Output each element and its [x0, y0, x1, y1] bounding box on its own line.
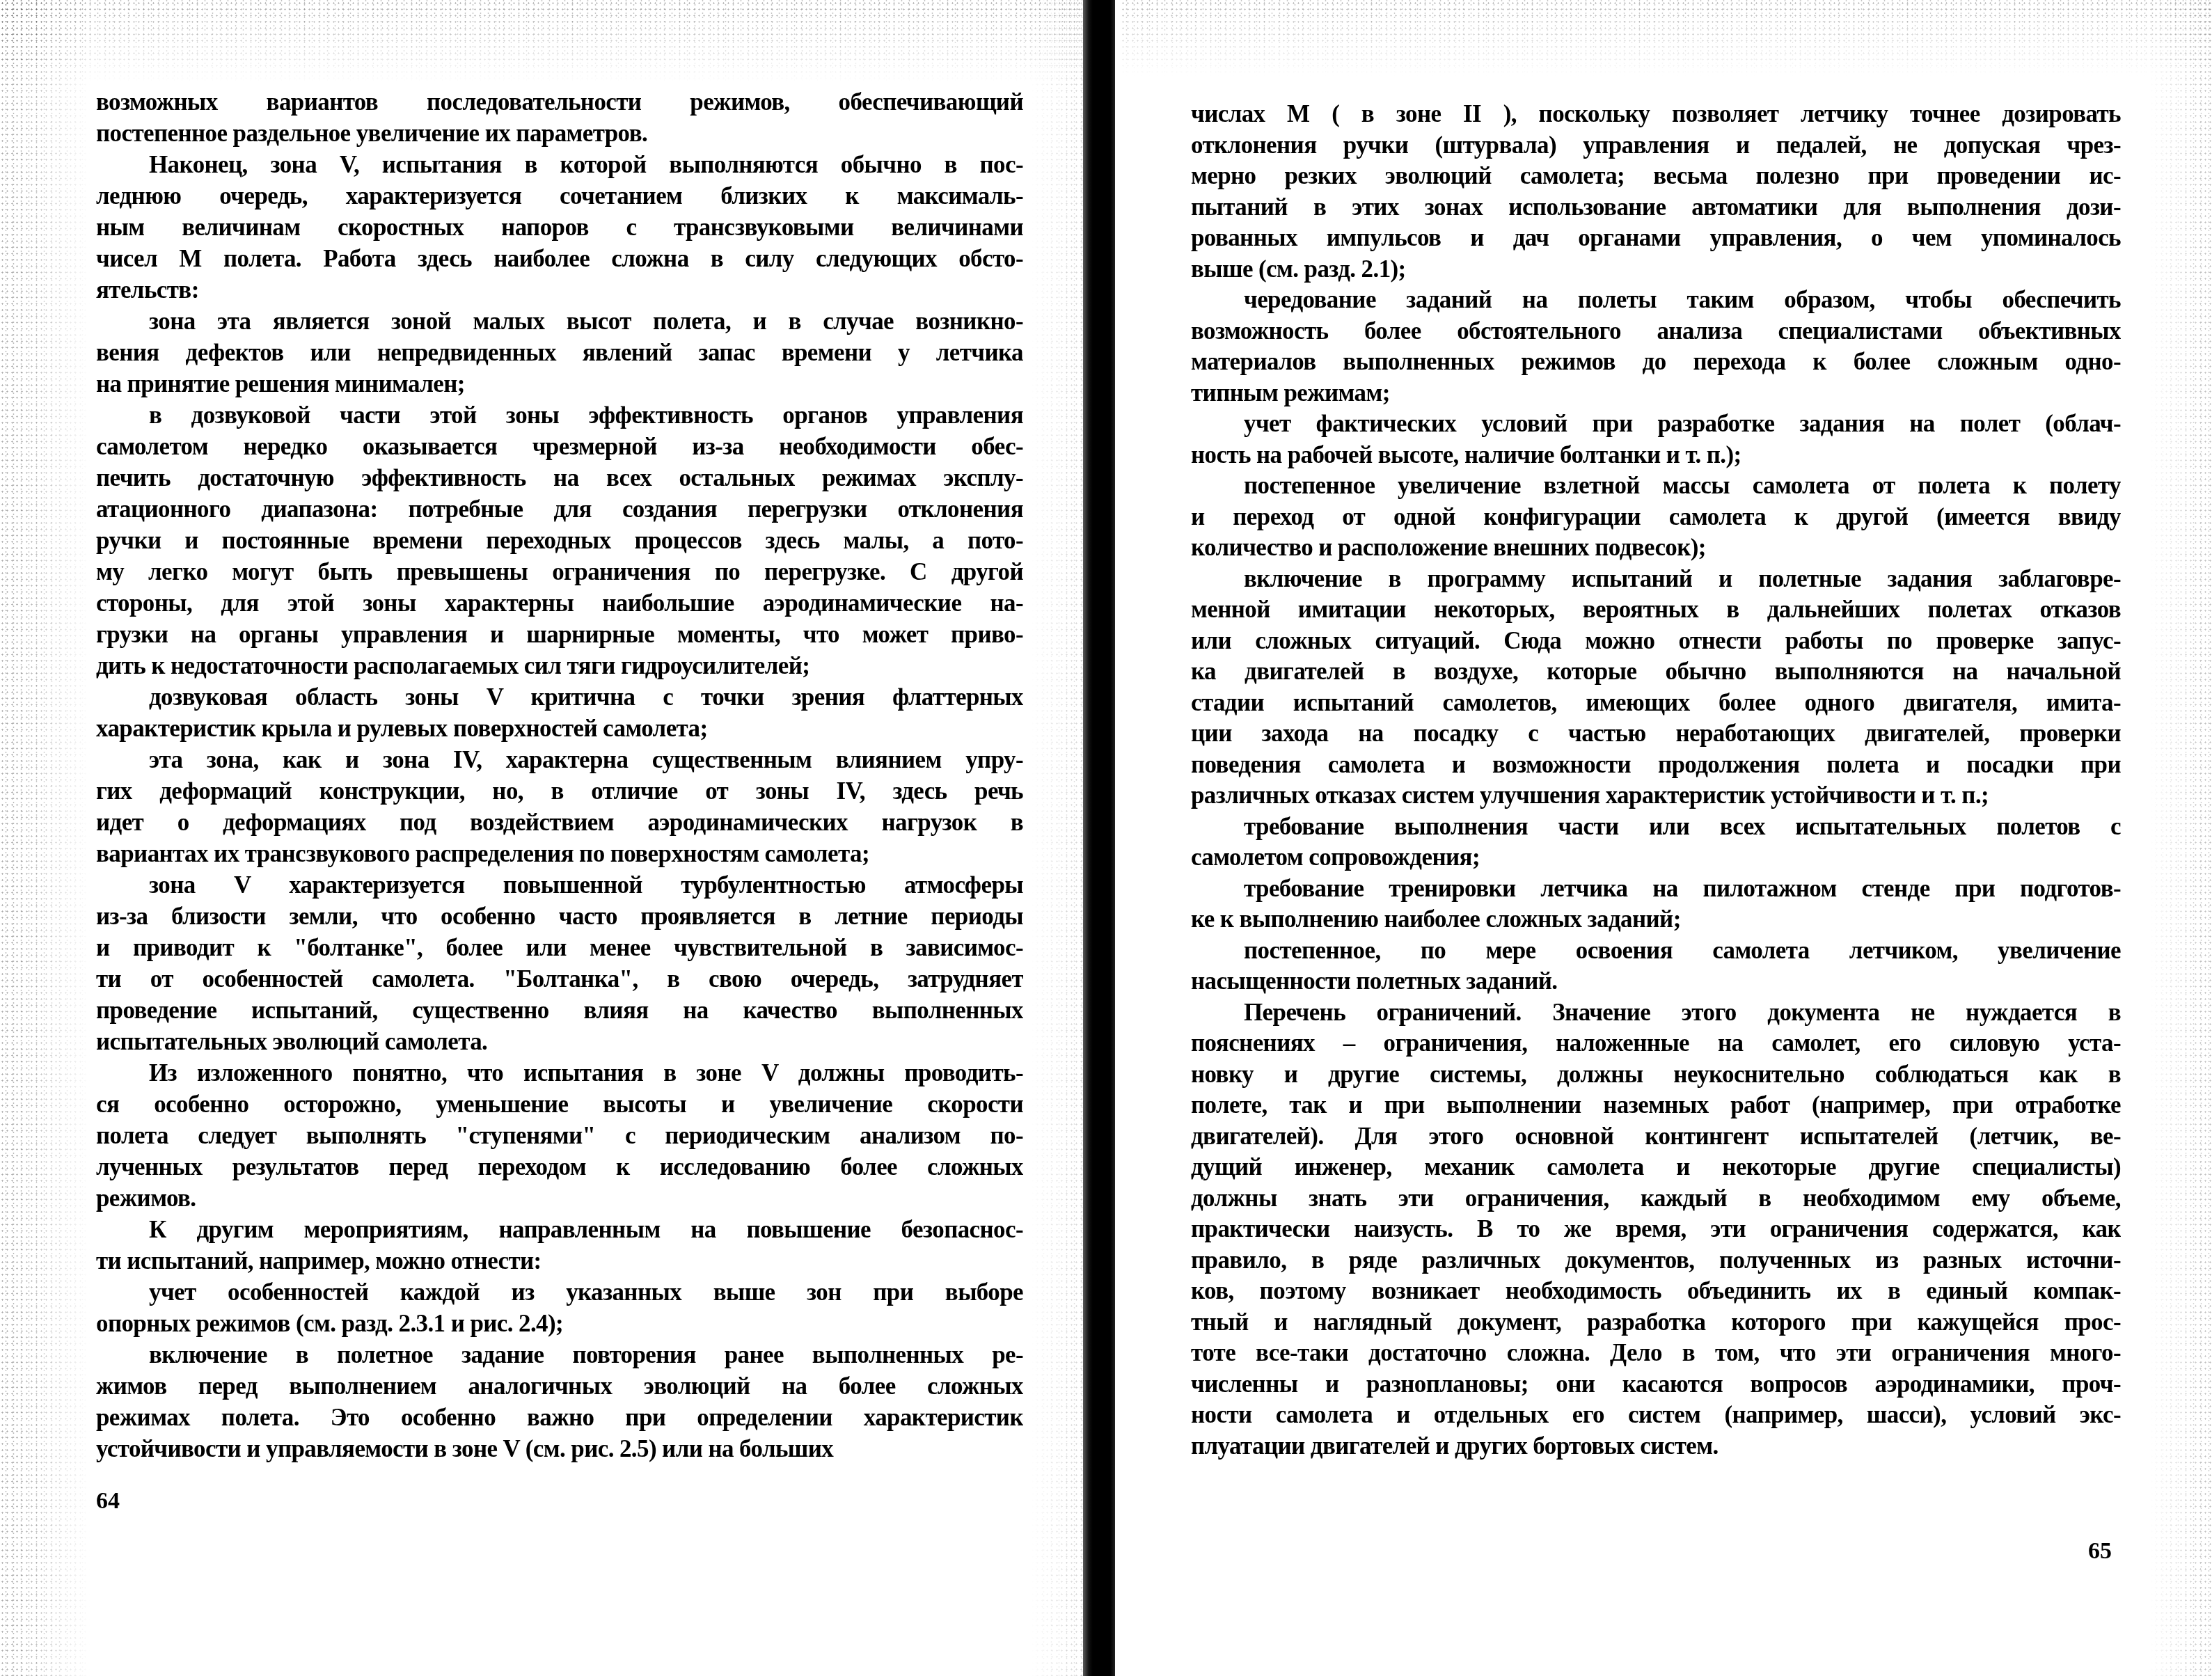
text-line: дить к недостаточности располагаемых сил… [96, 650, 1023, 681]
text-line: самолетом нередко оказывается чрезмерной… [96, 431, 1023, 462]
text-line: режимов. [96, 1183, 1023, 1214]
text-line: пытаний в этих зонах использование автом… [1191, 192, 2121, 223]
text-line: мерно резких эволюций самолета; весьма п… [1191, 161, 2121, 192]
text-line: должны знать эти ограничения, каждый в н… [1191, 1183, 2121, 1215]
text-line: зона эта является зоной малых высот поле… [96, 306, 1023, 337]
text-line: Из изложенного понятно, что испытания в … [96, 1057, 1023, 1089]
text-line: ным величинам скоростных напоров с транс… [96, 212, 1023, 243]
text-line: ятельств: [96, 274, 1023, 306]
paragraph: Перечень ограничений. Значение этого док… [1191, 997, 2121, 1462]
text-line: менной имитации некоторых, вероятных в д… [1191, 594, 2121, 626]
text-line: выше (см. разд. 2.1); [1191, 254, 2121, 285]
text-line: ность на рабочей высоте, наличие болтанк… [1191, 440, 2121, 471]
text-line: насыщенности полетных заданий. [1191, 966, 2121, 997]
text-line: на принятие решения минимален; [96, 368, 1023, 400]
paragraph: числах М ( в зоне II ), поскольку позвол… [1191, 99, 2121, 285]
text-line: двигателей). Для этого основной континге… [1191, 1121, 2121, 1153]
paragraph: К другим мероприятиям, направленным на п… [96, 1214, 1023, 1276]
text-line: устойчивости и управляемости в зоне V (с… [96, 1433, 1023, 1464]
text-line: включение в программу испытаний и полетн… [1191, 564, 2121, 595]
left-page-body: возможных вариантов последовательности р… [96, 86, 1023, 1464]
text-line: практически наизусть. В то же время, эти… [1191, 1214, 2121, 1245]
text-line: правило, в ряде различных документов, по… [1191, 1245, 2121, 1276]
book-spine-gutter [1083, 0, 1115, 1676]
text-line: стороны, для этой зоны характерны наибол… [96, 587, 1023, 619]
text-line: вариантах их трансзвукового распределени… [96, 838, 1023, 869]
page-number-left: 64 [96, 1488, 120, 1515]
text-line: рованных импульсов и дач органами управл… [1191, 223, 2121, 254]
text-line: стадии испытаний самолетов, имеющих боле… [1191, 688, 2121, 719]
text-line: количество и расположение внешних подвес… [1191, 532, 2121, 564]
text-line: проведение испытаний, существенно влияя … [96, 995, 1023, 1026]
text-line: типным режимам; [1191, 378, 2121, 409]
text-line: идет о деформациях под воздействием аэро… [96, 807, 1023, 838]
section-run-in-heading: Перечень ограничений. [1244, 999, 1522, 1026]
text-line: отклонения ручки (штурвала) управления и… [1191, 130, 2121, 161]
text-line: Перечень ограничений. Значение этого док… [1191, 997, 2121, 1029]
book-spread: возможных вариантов последовательности р… [0, 0, 2212, 1676]
text-line: полета следует выполнять "ступенями" с п… [96, 1120, 1023, 1151]
paragraph: в дозвуковой части этой зоны эффективнос… [96, 400, 1023, 681]
text-line: требование тренировки летчика на пилотаж… [1191, 873, 2121, 905]
paragraph: постепенное, по мере освоения самолета л… [1191, 935, 2121, 997]
paragraph: учет фактических условий при разработке … [1191, 409, 2121, 471]
text-line: ся особенно осторожно, уменьшение высоты… [96, 1089, 1023, 1120]
text-line: постепенное раздельное увеличение их пар… [96, 118, 1023, 149]
text-line: тоте все-таки достаточно сложна. Дело в … [1191, 1338, 2121, 1369]
paragraph: эта зона, как и зона IV, характерна суще… [96, 744, 1023, 869]
text-line: К другим мероприятиям, направленным на п… [96, 1214, 1023, 1245]
text-line: ручки и постоянные времени переходных пр… [96, 525, 1023, 556]
text-line: возможность более обстоятельного анализа… [1191, 316, 2121, 347]
text-line: ке к выполнению наиболее сложных заданий… [1191, 904, 2121, 935]
text-line: чисел М полета. Работа здесь наиболее сл… [96, 243, 1023, 274]
paragraph: постепенное увеличение взлетной массы са… [1191, 471, 2121, 564]
text-line: плуатации двигателей и других бортовых с… [1191, 1431, 2121, 1462]
text-line: чередование заданий на полеты таким обра… [1191, 285, 2121, 316]
text-line: учет особенностей каждой из указанных вы… [96, 1276, 1023, 1308]
text-line: материалов выполненных режимов до перехо… [1191, 347, 2121, 378]
text-line: включение в полетное задание повторения … [96, 1339, 1023, 1370]
paragraph: зона эта является зоной малых высот поле… [96, 306, 1023, 400]
text-line: в дозвуковой части этой зоны эффективнос… [96, 400, 1023, 431]
paragraph: включение в полетное задание повторения … [96, 1339, 1023, 1464]
paragraph: требование тренировки летчика на пилотаж… [1191, 873, 2121, 935]
paragraph: зона V характеризуется повышенной турбул… [96, 869, 1023, 1057]
paragraph: Из изложенного понятно, что испытания в … [96, 1057, 1023, 1214]
text-line: лученных результатов перед переходом к и… [96, 1151, 1023, 1183]
text-line: характеристик крыла и рулевых поверхност… [96, 713, 1023, 744]
text-line: ции захода на посадку с частью неработаю… [1191, 718, 2121, 750]
text-line: режимах полета. Это особенно важно при о… [96, 1402, 1023, 1433]
paragraph: учет особенностей каждой из указанных вы… [96, 1276, 1023, 1339]
text-line: леднюю очередь, характеризуется сочетани… [96, 180, 1023, 212]
text-line: возможных вариантов последовательности р… [96, 86, 1023, 118]
text-line: тный и наглядный документ, разработка ко… [1191, 1307, 2121, 1338]
text-line: ка двигателей в воздухе, которые обычно … [1191, 656, 2121, 688]
text-line: дущий инженер, механик самолета и некото… [1191, 1152, 2121, 1183]
text-line: эта зона, как и зона IV, характерна суще… [96, 744, 1023, 775]
text-line: ков, поэтому возникает необходимость объ… [1191, 1276, 2121, 1307]
text-line: полете, так и при выполнении наземных ра… [1191, 1090, 2121, 1121]
text-line: грузки на органы управления и шарнирные … [96, 619, 1023, 650]
paragraph: требование выполнения части или всех исп… [1191, 812, 2121, 873]
paragraph: чередование заданий на полеты таким обра… [1191, 285, 2121, 409]
text-line: ти испытаний, например, можно отнести: [96, 1245, 1023, 1276]
text-line: опорных режимов (см. разд. 2.3.1 и рис. … [96, 1308, 1023, 1339]
text-line: ти от особенностей самолета. "Болтанка",… [96, 963, 1023, 995]
text-line: пояснениях – ограничения, наложенные на … [1191, 1028, 2121, 1059]
paragraph: возможных вариантов последовательности р… [96, 86, 1023, 149]
text-line: постепенное, по мере освоения самолета л… [1191, 935, 2121, 967]
text-line: из-за близости земли, что особенно часто… [96, 901, 1023, 932]
text-line: жимов перед выполнением аналогичных эвол… [96, 1370, 1023, 1402]
text-line: Наконец, зона V, испытания в которой вып… [96, 149, 1023, 180]
page-number-right: 65 [2088, 1538, 2112, 1565]
paragraph: Наконец, зона V, испытания в которой вып… [96, 149, 1023, 306]
text-line: ности самолета и отдельных его систем (н… [1191, 1400, 2121, 1431]
text-line: или сложных ситуаций. Сюда можно отнести… [1191, 626, 2121, 657]
text-line: гих деформаций конструкции, но, в отличи… [96, 775, 1023, 807]
text-line: различных отказах систем улучшения харак… [1191, 780, 2121, 812]
paragraph: включение в программу испытаний и полетн… [1191, 564, 2121, 812]
text-line: испытательных эволюций самолета. [96, 1026, 1023, 1057]
text-line: самолетом сопровождения; [1191, 842, 2121, 873]
text-line: зона V характеризуется повышенной турбул… [96, 869, 1023, 901]
text-line: поведения самолета и возможности продолж… [1191, 750, 2121, 781]
text-line: постепенное увеличение взлетной массы са… [1191, 471, 2121, 502]
text-line: дозвуковая область зоны V критична с точ… [96, 681, 1023, 713]
text-line: атационного диапазона: потребные для соз… [96, 493, 1023, 525]
text-line: вения дефектов или непредвиденных явлени… [96, 337, 1023, 368]
text-line: му легко могут быть превышены ограничени… [96, 556, 1023, 587]
text-line: учет фактических условий при разработке … [1191, 409, 2121, 440]
text-line: требование выполнения части или всех исп… [1191, 812, 2121, 843]
text-line: численны и разноплановы; они касаются во… [1191, 1369, 2121, 1400]
text-line: числах М ( в зоне II ), поскольку позвол… [1191, 99, 2121, 130]
text-line: и приводит к "болтанке", более или менее… [96, 932, 1023, 963]
right-page-body: числах М ( в зоне II ), поскольку позвол… [1191, 99, 2121, 1462]
text-line: новку и другие системы, должны неукоснит… [1191, 1059, 2121, 1091]
paragraph: дозвуковая область зоны V критична с точ… [96, 681, 1023, 744]
text-line: и переход от одной конфигурации самолета… [1191, 502, 2121, 533]
text-line: печить достаточную эффективность на всех… [96, 462, 1023, 493]
